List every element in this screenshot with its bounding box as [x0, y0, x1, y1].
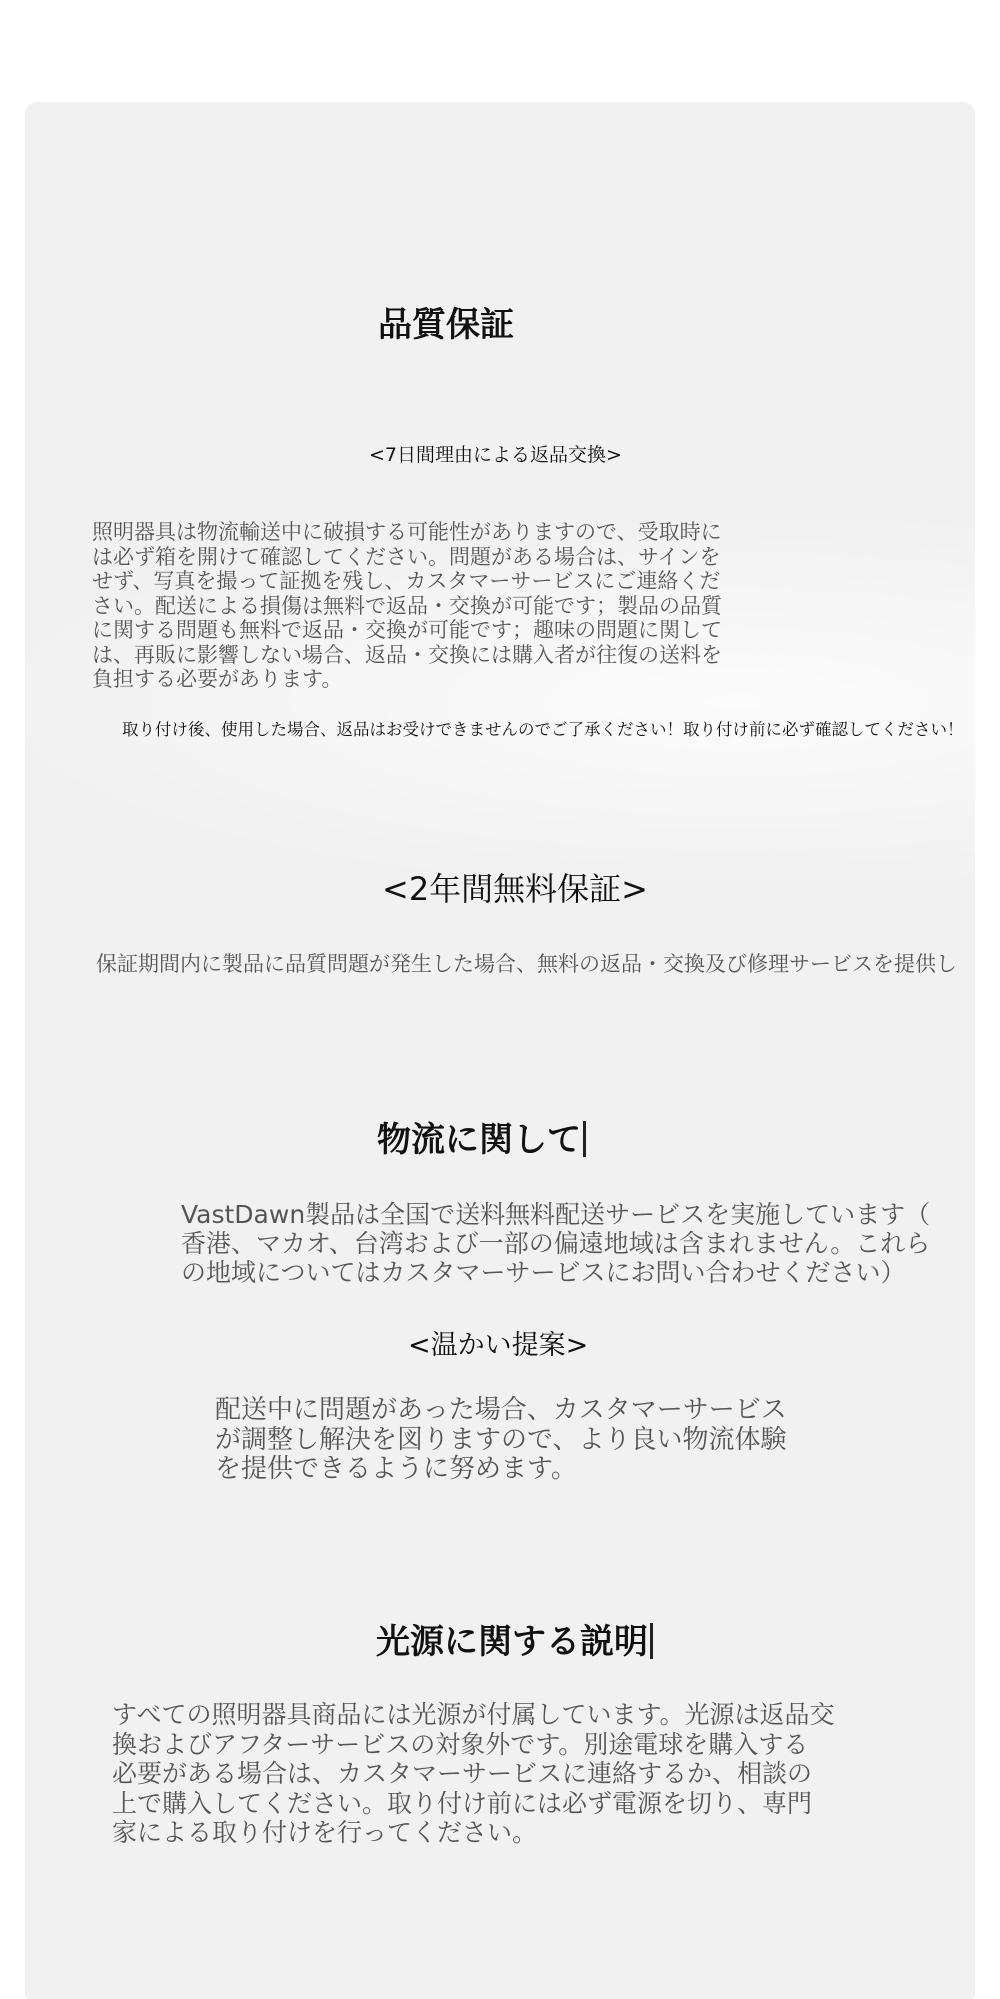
paragraph-line: さい。配送による損傷は無料で返品・交換が可能です；製品の品質 — [92, 594, 772, 619]
warranty-subtitle: <2年間無料保証> — [382, 867, 648, 911]
paragraph-line: の地域についてはカスタマーサービスにお問い合わせください） — [181, 1258, 930, 1287]
paragraph-line: に関する問題も無料で返品・交換が可能です；趣味の問題に関して — [92, 618, 772, 643]
text-cursor-icon — [583, 1121, 586, 1157]
warranty-text: 保証期間内に製品に品質問題が発生した場合、無料の返品・交換及び修理サービスを提供… — [96, 950, 957, 978]
shipping-paragraph: VastDawn製品は全国で送料無料配送サービスを実施しています（ 香港、マカオ… — [181, 1200, 930, 1287]
tip-subtitle: <温かい提案> — [408, 1328, 588, 1364]
paragraph-line: 負担する必要があります。 — [92, 667, 772, 692]
light-source-title-text: 光源に関する説明 — [376, 1622, 648, 1662]
paragraph-line: を提供できるように努めます。 — [215, 1455, 787, 1485]
paragraph-line: 香港、マカオ、台湾および一部の偏遠地域は含まれません。これら — [181, 1229, 930, 1258]
paragraph-line: すべての照明器具商品には光源が付属しています。光源は返品交 — [112, 1700, 835, 1730]
light-source-paragraph: すべての照明器具商品には光源が付属しています。光源は返品交 換およびアフターサー… — [112, 1700, 835, 1848]
text-cursor-icon — [650, 1623, 653, 1659]
paragraph-line: 必要がある場合は、カスタマーサービスに連絡するか、相談の — [112, 1759, 835, 1789]
tip-paragraph: 配送中に問題があった場合、カスタマーサービス が調整し解決を図りますので、より良… — [215, 1396, 787, 1485]
paragraph-line: 換およびアフターサービスの対象外です。別途電球を購入する — [112, 1730, 835, 1760]
return-policy-subtitle: <7日間理由による返品交換> — [369, 442, 622, 468]
logistics-title: 物流に関して — [377, 1117, 586, 1163]
return-policy-paragraph: 照明器具は物流輸送中に破損する可能性がありますので、受取時に は必ず箱を開けて確… — [92, 520, 772, 692]
paragraph-line: せず、写真を撮って証拠を残し、カスタマーサービスにご連絡くだ — [92, 569, 772, 594]
paragraph-line: VastDawn製品は全国で送料無料配送サービスを実施しています（ — [181, 1200, 930, 1229]
paragraph-line: は、再販に影響しない場合、返品・交換には購入者が往復の送料を — [92, 643, 772, 668]
paragraph-line: 配送中に問題があった場合、カスタマーサービス — [215, 1396, 787, 1426]
logistics-title-text: 物流に関して — [377, 1120, 581, 1160]
quality-guarantee-title: 品質保証 — [378, 302, 514, 348]
light-source-title: 光源に関する説明 — [376, 1619, 653, 1665]
paragraph-line: 家による取り付けを行ってください。 — [112, 1818, 835, 1848]
paragraph-line: は必ず箱を開けて確認してください。問題がある場合は、サインを — [92, 545, 772, 570]
installation-notice: 取り付け後、使用した場合、返品はお受けできませんのでご了承ください！取り付け前に… — [122, 719, 964, 741]
paragraph-line: が調整し解決を図りますので、より良い物流体験 — [215, 1426, 787, 1456]
paragraph-line: 照明器具は物流輸送中に破損する可能性がありますので、受取時に — [92, 520, 772, 545]
paragraph-line: 上で購入してください。取り付け前には必ず電源を切り、専門 — [112, 1789, 835, 1819]
